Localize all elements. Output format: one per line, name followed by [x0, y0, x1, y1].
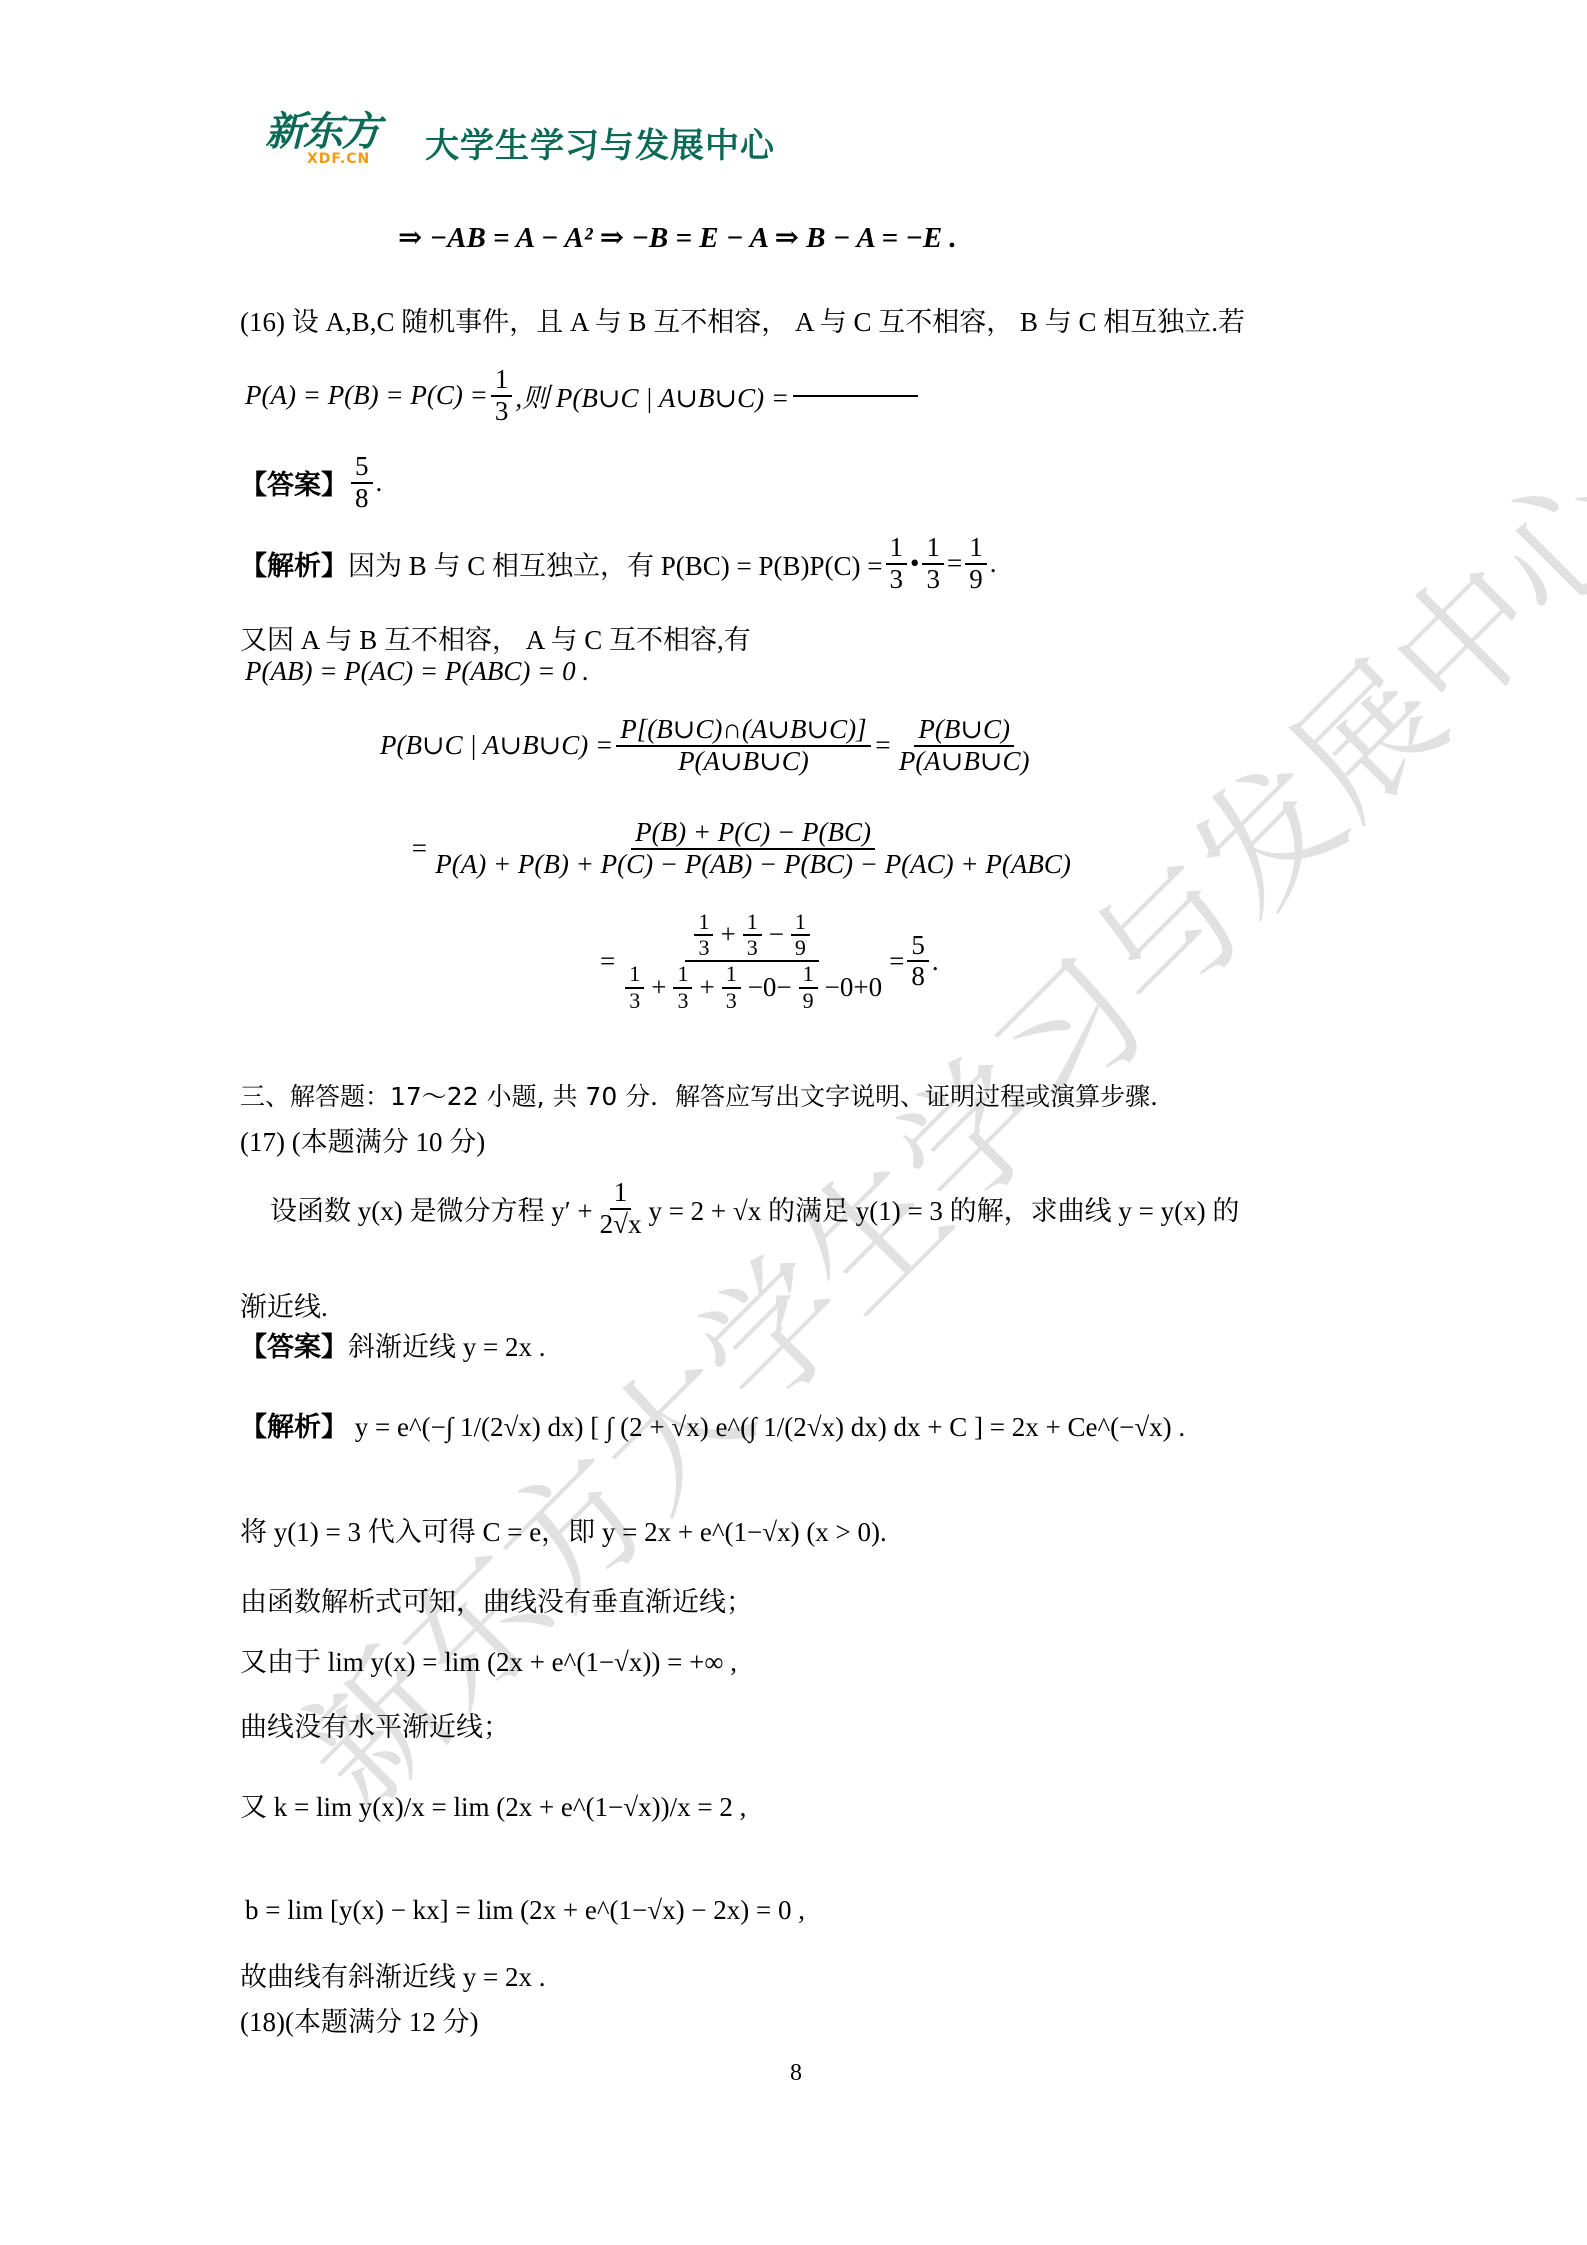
frac-num: 1 [886, 533, 908, 565]
q16-ask: ,则 P(B∪C | A∪B∪C) = [515, 376, 789, 415]
eq2-frac: P(B) + P(C) − P(BC)P(A) + P(B) + P(C) − … [431, 818, 1075, 879]
analysis-formula: y = e^(−∫ 1/(2√x) dx) [ ∫ (2 + √x) e^(∫ … [355, 1412, 1185, 1442]
step3-expr: lim y(x) = lim (2x + e^(1−√x)) = +∞ , [328, 1647, 737, 1677]
q17-step1: 将 y(1) = 3 代入可得 C = e，即 y = 2x + e^(1−√x… [240, 1510, 887, 1549]
q17-answer: 【答案】斜渐近线 y = 2x . [240, 1325, 545, 1364]
frac-den: P(A∪B∪C) [895, 747, 1034, 777]
q16-eq3: = 13+ 13− 19 13+ 13+ 13−0− 19−0+0 = 58 . [600, 910, 939, 1013]
frac-1-3: 13 [743, 910, 762, 960]
q17-title: (17) (本题满分 10 分) [240, 1120, 485, 1159]
frac-1-3: 13 [722, 962, 741, 1012]
section-heading: 三、解答题：17～22 小题, 共 70 分．解答应写出文字说明、证明过程或演算… [240, 1077, 1175, 1113]
q16-eq1: P(B∪C | A∪B∪C) = P[(B∪C)∩(A∪B∪C)]P(A∪B∪C… [380, 715, 1037, 776]
frac-1-9: 19 [799, 962, 818, 1012]
q16-stem: (16) 设 A,B,C 随机事件，且 A 与 B 互不相容， A 与 C 互不… [240, 300, 1245, 339]
q17-step6: b = lim [y(x) − kx] = lim (2x + e^(1−√x)… [245, 1895, 805, 1926]
frac-1-9: 19 [965, 533, 987, 594]
logo-cn: 新东方 [265, 112, 379, 152]
brand-logo: 新东方 XDF.CN [265, 112, 379, 166]
frac-num: P(B∪C) [914, 715, 1014, 747]
step3-prefix: 又由于 [240, 1647, 321, 1677]
q17-stem: 设函数 y(x) 是微分方程 y′ + 12√x y = 2 + √x 的满足 … [270, 1178, 1239, 1239]
frac-den: 8 [351, 484, 373, 514]
logo-en: XDF.CN [307, 152, 379, 166]
q17-step2: 由函数解析式可知，曲线没有垂直渐近线； [240, 1580, 753, 1619]
frac-1-3: 13 [886, 533, 908, 594]
q16-eq2: = P(B) + P(C) − P(BC)P(A) + P(B) + P(C) … [410, 818, 1078, 879]
frac-den: 8 [907, 962, 929, 992]
answer-label: 【答案】 [240, 463, 348, 502]
answer-label: 【答案】 [240, 1332, 348, 1362]
q16-answer-frac: 5 8 [351, 452, 373, 513]
analysis-label: 【解析】 [240, 544, 348, 583]
frac-den: 3 [491, 397, 513, 427]
frac-num: P[(B∪C)∩(A∪B∪C)] [616, 715, 870, 747]
eq3-denominator: 13+ 13+ 13−0− 19−0+0 [618, 962, 886, 1012]
step5-expr: k = lim y(x)/x = lim (2x + e^(1−√x))/x =… [274, 1792, 747, 1822]
eq3-big-frac: 13+ 13− 19 13+ 13+ 13−0− 19−0+0 [618, 910, 886, 1013]
frac-num: 1 [965, 533, 987, 565]
analysis-label: 【解析】 [240, 1412, 348, 1442]
frac-den: P(A) + P(B) + P(C) − P(AB) − P(BC) − P(A… [431, 850, 1075, 880]
answer-blank [793, 395, 918, 397]
q16-given-lhs: P(A) = P(B) = P(C) = [245, 380, 488, 411]
frac-1-9: 19 [791, 910, 810, 960]
frac-1-3: 13 [694, 910, 713, 960]
q17-stem-c: 渐近线. [240, 1285, 328, 1324]
frac-den: 3 [886, 565, 908, 595]
q16-given-frac: 1 3 [491, 365, 513, 426]
q17-stem-frac: 12√x [596, 1178, 646, 1239]
prev-conclusion: ⇒ −AB = A − A² ⇒ −B = E − A ⇒ B − A = −E… [398, 220, 957, 255]
q17-analysis: 【解析】 y = e^(−∫ 1/(2√x) dx) [ ∫ (2 + √x) … [240, 1405, 1185, 1444]
q16-analysis-line1: 【解析】 因为 B 与 C 相互独立，有 P(BC) = P(B)P(C) = … [240, 533, 996, 594]
page-number: 8 [790, 2060, 802, 2087]
frac-num: 1 [610, 1178, 632, 1210]
eq3-numerator: 13+ 13− 19 [685, 910, 818, 962]
q17-step3: 又由于 lim y(x) = lim (2x + e^(1−√x)) = +∞ … [240, 1640, 737, 1679]
frac-num: 5 [907, 931, 929, 963]
frac-num: 5 [351, 452, 373, 484]
frac-1-3: 13 [673, 962, 692, 1012]
frac-den: 2√x [596, 1210, 646, 1240]
q17-step4: 曲线没有水平渐近线； [240, 1705, 510, 1744]
answer-text: 斜渐近线 y = 2x . [348, 1332, 545, 1362]
eq3-result: 58 [907, 931, 929, 992]
q17-stem-a: 设函数 y(x) 是微分方程 y′ + [270, 1189, 593, 1228]
q17-step5: 又 k = lim y(x)/x = lim (2x + e^(1−√x))/x… [240, 1785, 746, 1824]
q16-line3: P(AB) = P(AC) = P(ABC) = 0 . [245, 656, 589, 687]
q17-stem-b: y = 2 + √x 的满足 y(1) = 3 的解，求曲线 y = y(x) … [648, 1189, 1239, 1228]
analysis-text: 因为 B 与 C 相互独立，有 P(BC) = P(B)P(C) = [348, 544, 883, 583]
q16-line2: 又因 A 与 B 互不相容， A 与 C 互不相容,有 [240, 618, 751, 657]
org-name: 大学生学习与发展中心 [425, 118, 775, 167]
q16-answer: 【答案】 5 8 . [240, 452, 382, 513]
frac-den: 3 [922, 565, 944, 595]
q16-given: P(A) = P(B) = P(C) = 1 3 ,则 P(B∪C | A∪B∪… [245, 365, 918, 426]
frac-num: P(B) + P(C) − P(BC) [631, 818, 875, 850]
step5-prefix: 又 [240, 1792, 267, 1822]
frac-1-3: 13 [922, 533, 944, 594]
eq1-frac1: P[(B∪C)∩(A∪B∪C)]P(A∪B∪C) [616, 715, 870, 776]
eq1-frac2: P(B∪C)P(A∪B∪C) [895, 715, 1034, 776]
eq1-lhs: P(B∪C | A∪B∪C) = [380, 730, 613, 761]
frac-1-3: 13 [625, 962, 644, 1012]
frac-den: 9 [965, 565, 987, 595]
frac-num: 1 [491, 365, 513, 397]
frac-num: 1 [922, 533, 944, 565]
q18-title: (18)(本题满分 12 分) [240, 2000, 478, 2039]
frac-den: P(A∪B∪C) [674, 747, 813, 777]
q17-conclusion: 故曲线有斜渐近线 y = 2x . [240, 1955, 545, 1994]
